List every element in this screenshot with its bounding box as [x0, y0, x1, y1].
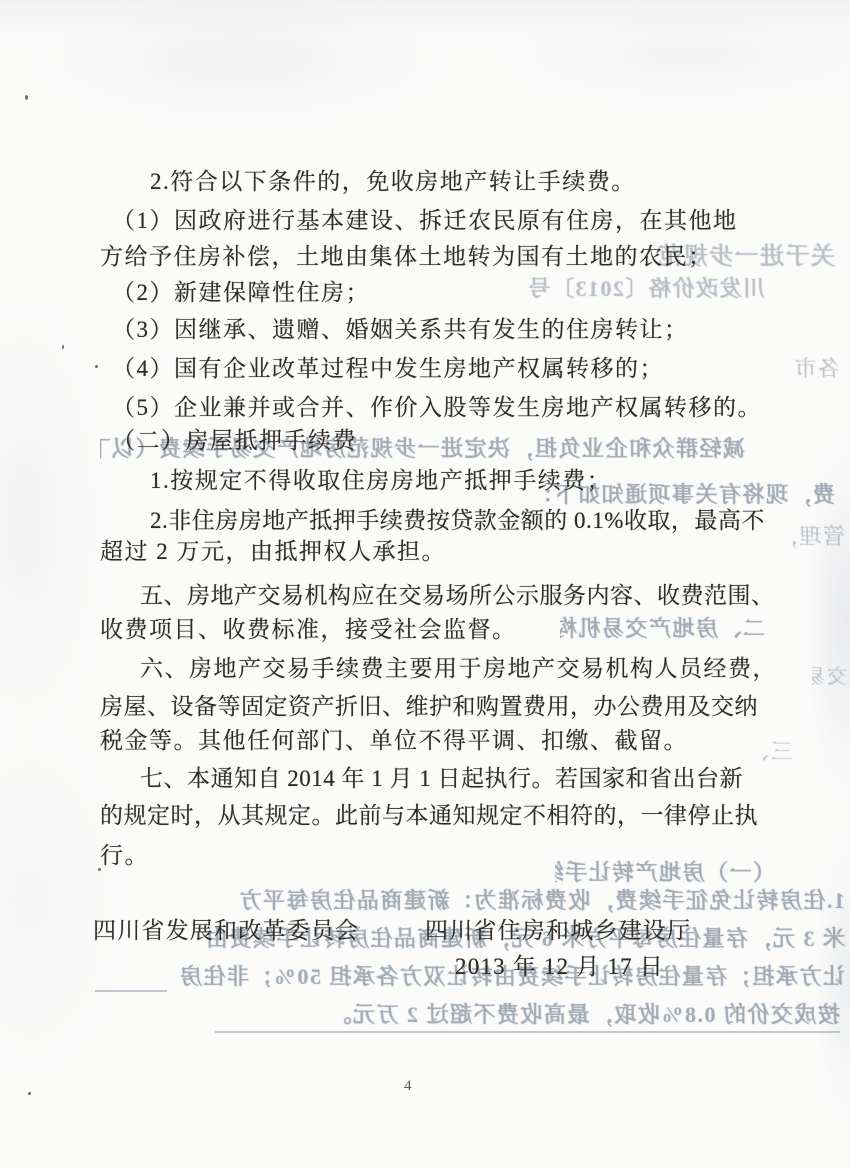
body-line: （3）因继承、遗赠、婚姻关系共有发生的住房转让；: [112, 311, 689, 344]
body-line: 房屋、设备等固定资产折旧、维护和购置费用，办公费用及交纳: [100, 688, 758, 721]
bleedthrough-text: （一）房地产转让手续费: [555, 856, 775, 887]
scan-speck: [95, 365, 98, 368]
bleedthrough-text: 按成交价的 0.8%收取，最高收费不超过 2 万元。: [215, 998, 840, 1033]
bleedthrough-text: 各市: [780, 352, 840, 383]
body-line: 五、房地产交易机构应在交易场所公示服务内容、收费范围、: [140, 577, 775, 610]
signature-agency-left: 四川省发展和改革委员会: [93, 912, 359, 945]
body-line: 方给予住房补偿，土地由集体土地转为国有土地的农民；: [100, 238, 713, 271]
scan-speck: [28, 1092, 31, 1095]
body-line: （4）国有企业改革过程中发生房地产权属转移的；: [112, 350, 664, 383]
scan-speck: [62, 345, 64, 349]
page-number: 4: [404, 1078, 412, 1095]
bleedthrough-text: 三、: [748, 735, 793, 766]
body-line: 2.非住房房地产抵押手续费按贷款金额的 0.1%收取，最高不: [150, 502, 765, 535]
bleedthrough-text: 川发改价格〔2013〕号: [505, 272, 765, 303]
bleedthrough-underline: [95, 990, 167, 992]
scan-speck: [25, 95, 28, 100]
scan-speck: [98, 868, 101, 871]
body-line: 七、本通知自 2014 年 1 月 1 日起执行。若国家和省出台新: [140, 760, 743, 793]
scanned-document-page: 关于进一步规范 川发改价格〔2013〕号 各市 减轻群众和企业负担，决定进一步规…: [0, 0, 850, 1169]
body-line: 的规定时，从其规定。此前与本通知规定不相符的，一律停止执: [100, 797, 758, 830]
body-line: 行。: [100, 837, 149, 870]
bleedthrough-text: 二、房地产交易机构: [560, 612, 765, 643]
body-line: 税金等。其他任何部门、单位不得平调、扣缴、截留。: [100, 722, 688, 755]
body-line: （2）新建保障性住房；: [112, 274, 370, 307]
body-line: 2.符合以下条件的，免收房地产转让手续费。: [150, 163, 636, 196]
body-line: （二）房屋抵押手续费: [112, 422, 357, 455]
body-line: 收费项目、收费标准，接受社会监督。: [100, 611, 517, 644]
bleedthrough-text: 交易: [812, 660, 847, 689]
bleedthrough-text: 1.住房转让免征手续费，收费标准为：新建商品住房每平方: [95, 884, 845, 915]
body-line: 超过 2 万元，由抵押权人承担。: [100, 533, 446, 566]
signature-agency-right: 四川省住房和城乡建设厅: [425, 912, 691, 945]
body-line: 1.按规定不得收取住房房地产抵押手续费；: [150, 462, 611, 495]
signature-date: 2013 年 12 月 17 日: [455, 948, 664, 981]
body-line: 六、房地产交易手续费主要用于房地产交易机构人员经费，: [140, 650, 777, 683]
body-line: （5）企业兼并或合并、作价入股等发生房地产权属转移的。: [112, 389, 762, 422]
body-line: （1）因政府进行基本建设、拆迁农民原有住房，在其他地: [112, 202, 738, 235]
